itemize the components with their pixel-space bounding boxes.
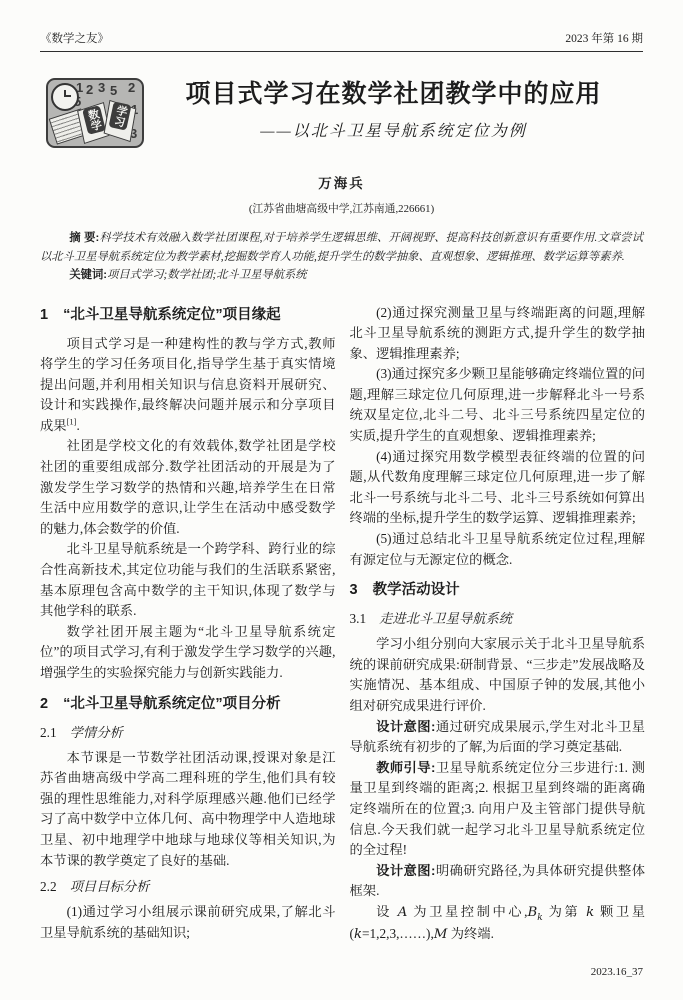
- paragraph: 项目式学习是一种建构性的教与学方式,教师将学生的学习任务项目化,指导学生基于真实…: [40, 334, 336, 437]
- abstract-paragraph: 摘 要:科学技术有效融入数学社团课程,对于培养学生逻辑思维、开阔视野、提高科技创…: [40, 229, 643, 266]
- math-var-k: k: [354, 927, 362, 942]
- subsection-title: 学情分析: [70, 725, 123, 740]
- math-var-B: B: [527, 905, 537, 920]
- abstract-text: 科学技术有效融入数学社团课程,对于培养学生逻辑思维、开阔视野、提高科技创新意识有…: [40, 232, 643, 263]
- paragraph: (3)通过探究多少颗卫星能够确定终端位置的问题,理解三球定位几何原理,进一步解释…: [350, 364, 646, 446]
- keywords-label: 关键词:: [69, 269, 107, 281]
- issue-info: 2023 年第 16 期: [565, 30, 643, 46]
- math-var-A: A: [398, 905, 408, 920]
- logo-number: 3: [98, 80, 105, 95]
- teacher-guidance-paragraph: 教师引导:卫星导航系统定位分三步进行:1. 测量卫星到终端的距离;2. 根据卫星…: [350, 758, 646, 861]
- paragraph-text: 为卫星控制中心,: [407, 904, 527, 919]
- paragraph: 本节课是一节数学社团活动课,授课对象是江苏省曲塘高级中学高二理科班的学生,他们具…: [40, 748, 336, 872]
- abstract-block: 摘 要:科学技术有效融入数学社团课程,对于培养学生逻辑思维、开阔视野、提高科技创…: [40, 229, 643, 285]
- section-number: 3: [350, 582, 358, 598]
- paragraph-text: 为第: [543, 904, 586, 919]
- subsection-title: 项目目标分析: [70, 879, 150, 894]
- paragraph-text: 设: [376, 904, 398, 919]
- section-number: 1: [40, 307, 48, 323]
- paragraph: 数学社团开展主题为“北斗卫星导航系统定位”的项目式学习,有利于激发学生学习数学的…: [40, 622, 336, 684]
- subsection-title: 走进北斗卫星导航系统: [379, 611, 512, 626]
- paragraph: (5)通过总结北斗卫星导航系统定位过程,理解有源定位与无源定位的概念.: [350, 529, 646, 570]
- journal-page: 《数学之友》 2023 年第 16 期 1 2 3 5 2 5 1 3 数学 学…: [0, 0, 683, 1000]
- section-title: 教学活动设计: [373, 582, 460, 598]
- right-column: (2)通过探究测量卫星与终端距离的问题,理解北斗卫星导航系统的测距方式,提升学生…: [350, 303, 646, 946]
- paragraph: 北斗卫星导航系统是一个跨学科、跨行业的综合性高新技术,其定位功能与我们的生活联系…: [40, 539, 336, 621]
- journal-name: 《数学之友》: [40, 30, 109, 46]
- keywords-paragraph: 关键词:项目式学习;数学社团;北斗卫星导航系统: [40, 266, 643, 285]
- math-definition-paragraph: 设 A 为卫星控制中心,Bk 为第 k 颗卫星(k=1,2,3,……),M 为终…: [350, 902, 646, 945]
- math-club-logo: 1 2 3 5 2 5 1 3 数学 学习: [46, 78, 144, 148]
- paragraph: (4)通过探究用数学模型表征终端的位置的问题,从代数角度理解三球定位几何原理,进…: [350, 447, 646, 529]
- title-block: 项目式学习在数学社团教学中的应用 ——以北斗卫星导航系统定位为例: [144, 78, 643, 141]
- subsection-3-1-heading: 3.1走进北斗卫星导航系统: [350, 609, 646, 629]
- paragraph: 社团是学校文化的有效载体,数学社团是学校社团的重要组成部分.数学社团活动的开展是…: [40, 436, 336, 539]
- section-3-heading: 3教学活动设计: [350, 580, 646, 600]
- left-column: 1“北斗卫星导航系统定位”项目缘起 项目式学习是一种建构性的教与学方式,教师将学…: [40, 303, 336, 946]
- teacher-guidance-label: 教师引导:: [376, 760, 435, 775]
- subsection-number: 3.1: [350, 611, 367, 626]
- logo-number: 2: [86, 82, 93, 97]
- abstract-label: 摘 要:: [69, 232, 99, 244]
- subsection-number: 2.2: [40, 879, 57, 894]
- paragraph: 学习小组分别向大家展示关于北斗卫星导航系统的课前研究成果:研制背景、“三步走”发…: [350, 634, 646, 716]
- author-name: 万海兵: [0, 172, 683, 192]
- subsection-number: 2.1: [40, 725, 57, 740]
- clock-hand: [64, 95, 71, 97]
- design-intent-label: 设计意图:: [376, 719, 435, 734]
- section-2-heading: 2“北斗卫星导航系统定位”项目分析: [40, 694, 336, 714]
- design-intent-paragraph: 设计意图:通过研究成果展示,学生对北斗卫星导航系统有初步的了解,为后面的学习奠定…: [350, 717, 646, 758]
- subsection-2-2-heading: 2.2项目目标分析: [40, 877, 336, 897]
- paragraph-text: =1,2,3,……),: [362, 926, 434, 941]
- article-body: 1“北斗卫星导航系统定位”项目缘起 项目式学习是一种建构性的教与学方式,教师将学…: [40, 303, 645, 946]
- logo-number: 2: [128, 80, 135, 95]
- paragraph: (2)通过探究测量卫星与终端距离的问题,理解北斗卫星导航系统的测距方式,提升学生…: [350, 303, 646, 365]
- page-number: 2023.16_37: [591, 966, 643, 978]
- design-intent-label: 设计意图:: [376, 863, 435, 878]
- paragraph: (1)通过学习小组展示课前研究成果,了解北斗卫星导航系统的基础知识;: [40, 902, 336, 943]
- math-var-k: k: [586, 905, 594, 920]
- subsection-2-1-heading: 2.1学情分析: [40, 723, 336, 743]
- article-title: 项目式学习在数学社团教学中的应用: [144, 78, 643, 110]
- article-subtitle: ——以北斗卫星导航系统定位为例: [144, 118, 643, 141]
- clock-icon: [51, 83, 79, 111]
- masthead: 1 2 3 5 2 5 1 3 数学 学习 项目式学习在数学社团教学中的应用 —…: [40, 78, 643, 156]
- paragraph-text: 为终端.: [447, 926, 494, 941]
- running-header: 《数学之友》 2023 年第 16 期: [0, 0, 683, 51]
- paragraph-text: .: [77, 418, 80, 433]
- design-intent-paragraph: 设计意图:明确研究路径,为具体研究提供整体框架.: [350, 861, 646, 902]
- section-title: “北斗卫星导航系统定位”项目分析: [63, 696, 281, 712]
- citation-superscript: [1]: [67, 416, 77, 426]
- section-1-heading: 1“北斗卫星导航系统定位”项目缘起: [40, 305, 336, 325]
- math-var-M: M: [434, 927, 448, 942]
- paragraph-text: 项目式学习是一种建构性的教与学方式,教师将学生的学习任务项目化,指导学生基于真实…: [40, 336, 336, 433]
- section-number: 2: [40, 696, 48, 712]
- author-affiliation: (江苏省曲塘高级中学,江苏南通,226661): [0, 201, 683, 216]
- keywords-text: 项目式学习;数学社团;北斗卫星导航系统: [107, 269, 307, 281]
- logo-number: 5: [110, 83, 117, 98]
- header-divider: [40, 51, 643, 52]
- section-title: “北斗卫星导航系统定位”项目缘起: [63, 307, 281, 323]
